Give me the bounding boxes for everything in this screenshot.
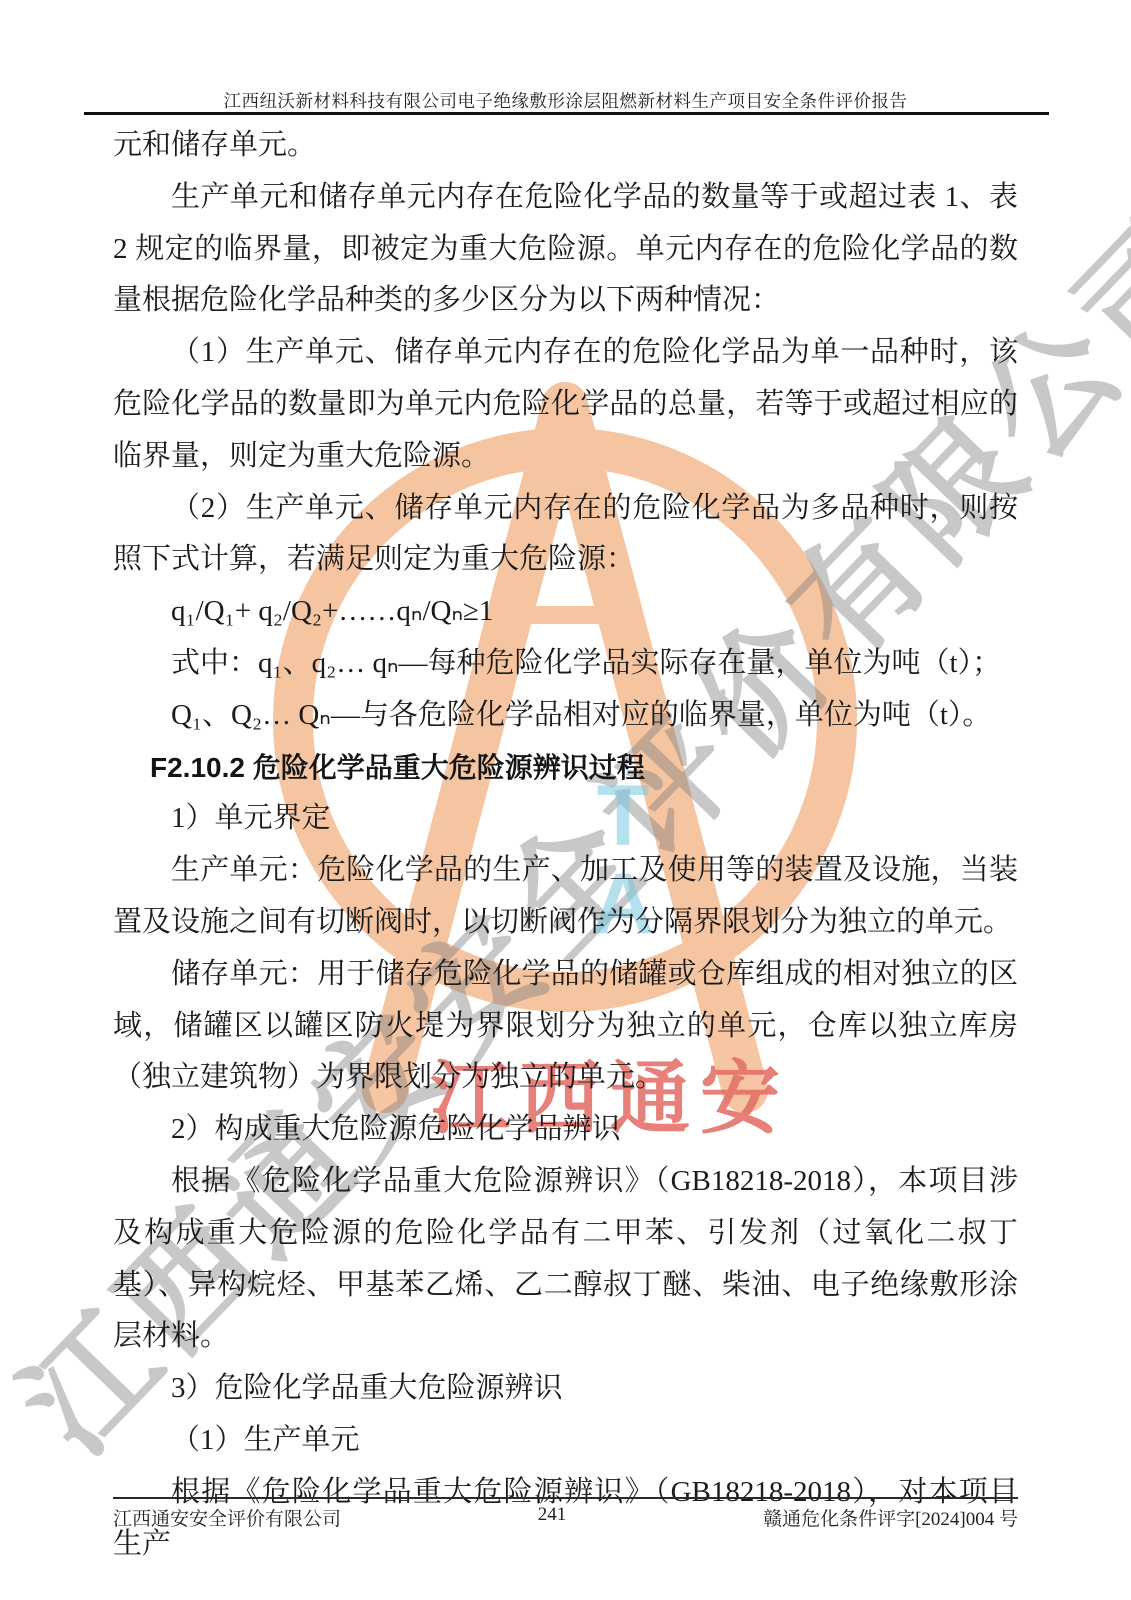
paragraph: （2）生产单元、储存单元内存在的危险化学品为多品种时，则按照下式计算，若满足则定… [113,483,1018,587]
paragraph: 元和储存单元。 [113,120,1018,172]
document-body: 元和储存单元。生产单元和储存单元内存在危险化学品的数量等于或超过表 1、表 2 … [113,120,1018,1570]
paragraph: 根据《危险化学品重大危险源辨识》（GB18218-2018），本项目涉及构成重大… [113,1156,1018,1363]
paragraph: 生产单元和储存单元内存在危险化学品的数量等于或超过表 1、表 2 规定的临界量，… [113,172,1018,327]
footer-page-number: 241 [538,1504,567,1526]
paragraph: 式中：q₁、q₂… qₙ—每种危险化学品实际存在量，单位为吨（t）； [113,638,1018,690]
section-heading: F2.10.2 危险化学品重大危险源辨识过程 [113,742,1018,794]
paragraph: （1）生产单元 [113,1415,1018,1467]
footer-company: 江西通安安全评价有限公司 [113,1504,341,1531]
paragraph: 储存单元：用于储存危险化学品的储罐或仓库组成的相对独立的区域，储罐区以罐区防火堤… [113,949,1018,1104]
header-rule [84,112,1049,115]
document-page: 江西通安安全评价有限公司 T A 江西通安 江西纽沃新材料科技有限公司电子绝缘敷… [0,0,1131,1600]
footer-rule [113,1497,1018,1499]
footer-doc-number: 赣通危化条件评字[2024]004 号 [763,1504,1018,1531]
report-header-title: 江西纽沃新材料科技有限公司电子绝缘敷形涂层阻燃新材料生产项目安全条件评价报告 [0,88,1131,113]
paragraph: 2）构成重大危险源危险化学品辨识 [113,1104,1018,1156]
page-footer: 江西通安安全评价有限公司 241 赣通危化条件评字[2024]004 号 [113,1504,1018,1531]
paragraph: 3）危险化学品重大危险源辨识 [113,1363,1018,1415]
paragraph: 生产单元：危险化学品的生产、加工及使用等的装置及设施，当装置及设施之间有切断阀时… [113,845,1018,949]
paragraph: （1）生产单元、储存单元内存在的危险化学品为单一品种时，该危险化学品的数量即为单… [113,327,1018,482]
paragraph: Q₁、Q₂… Qₙ—与各危险化学品相对应的临界量，单位为吨（t）。 [113,690,1018,742]
paragraph: 1）单元界定 [113,793,1018,845]
formula-line: q₁/Q₁+ q₂/Q₂+……qₙ/Qₙ≥1 [113,586,1018,638]
